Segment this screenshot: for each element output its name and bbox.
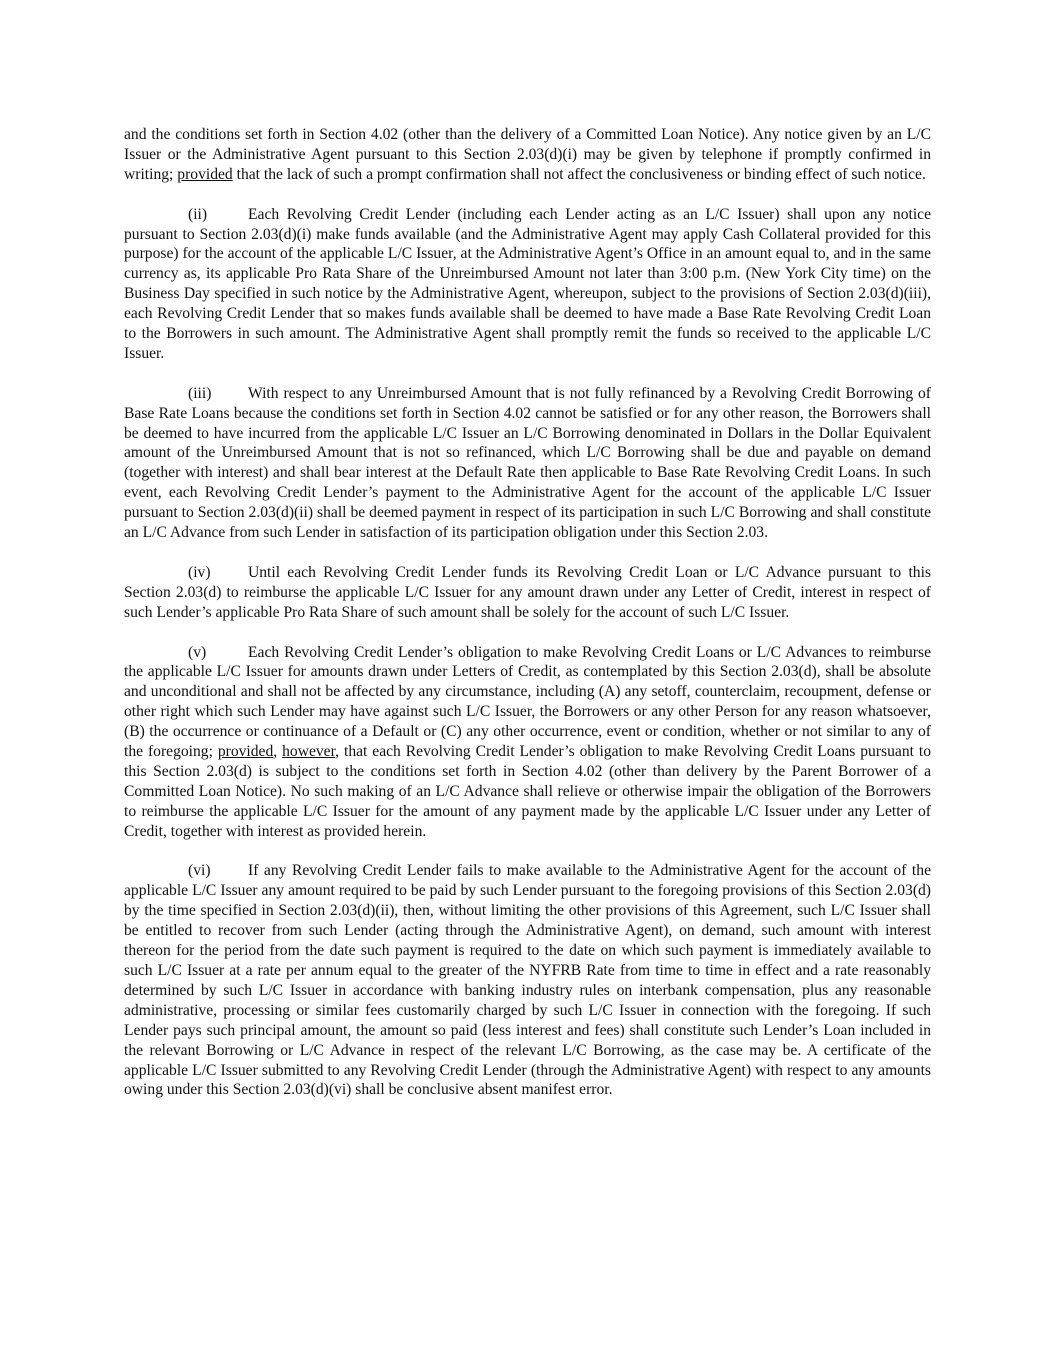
paragraph-text: With respect to any Unreimbursed Amount … [124,385,931,541]
paragraph-number: (ii) [188,205,248,225]
paragraph-text: that the lack of such a prompt confirmat… [233,166,926,183]
paragraph-iii: (iii)With respect to any Unreimbursed Am… [124,384,931,543]
paragraph-number: (vi) [188,861,248,881]
paragraph-text: If any Revolving Credit Lender fails to … [124,862,931,1098]
paragraph-ii: (ii)Each Revolving Credit Lender (includ… [124,205,931,364]
paragraph-number: (iv) [188,563,248,583]
paragraph-text: , [273,743,282,760]
provided-term: provided [218,743,273,760]
paragraph-number: (v) [188,643,248,663]
paragraph-text: Each Revolving Credit Lender (including … [124,206,931,362]
paragraph-iv: (iv)Until each Revolving Credit Lender f… [124,563,931,623]
document-page: and the conditions set forth in Section … [124,125,931,1120]
paragraph-vi: (vi)If any Revolving Credit Lender fails… [124,861,931,1100]
paragraph-v: (v)Each Revolving Credit Lender’s obliga… [124,643,931,842]
however-term: however [282,743,335,760]
provided-term: provided [177,166,232,183]
paragraph-number: (iii) [188,384,248,404]
paragraph-continuation: and the conditions set forth in Section … [124,125,931,185]
